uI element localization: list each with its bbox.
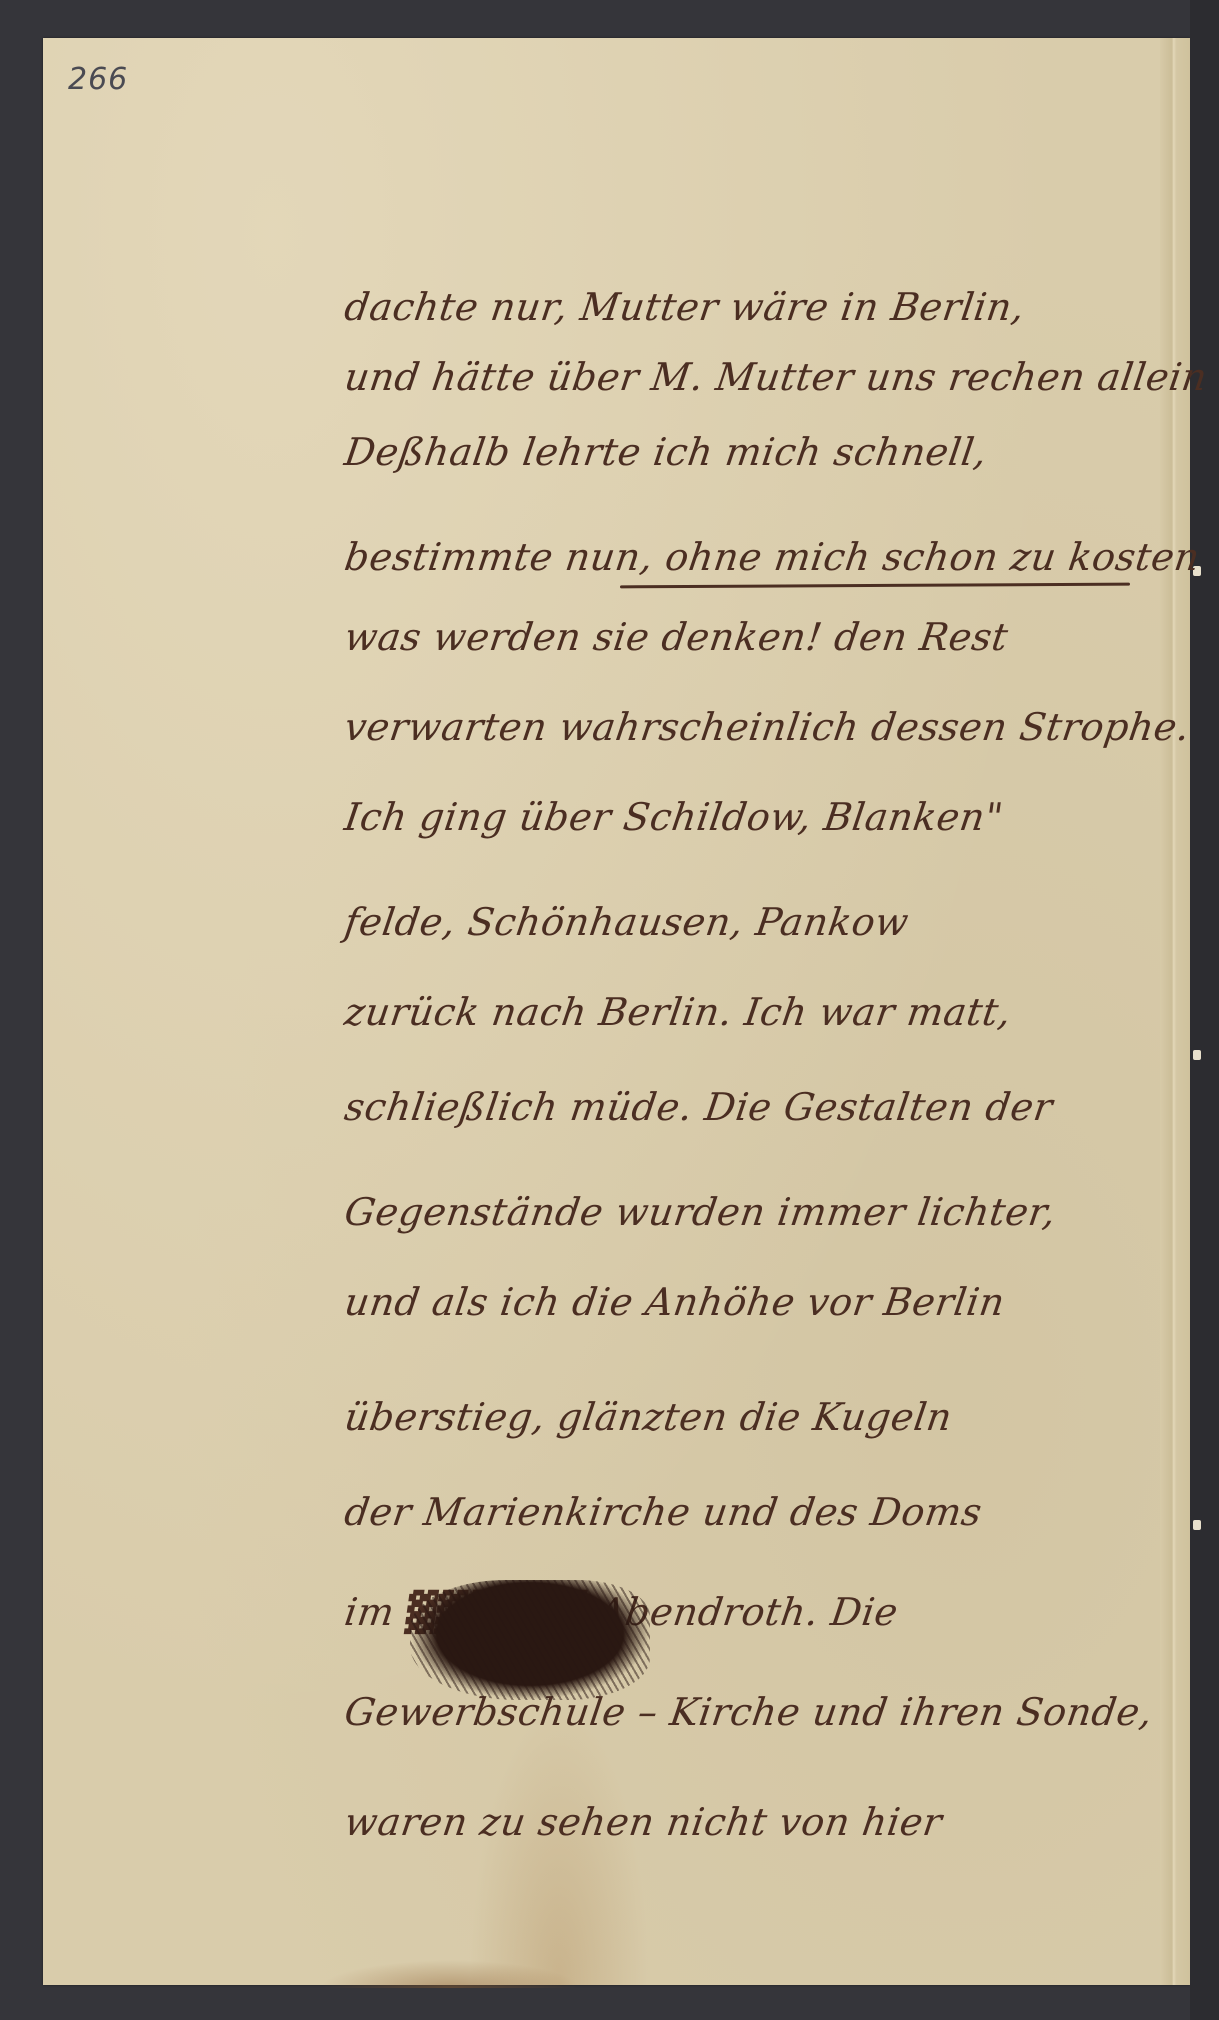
text-line: der Marienkirche und des Doms — [342, 1490, 985, 1534]
paper-stain — [320, 1960, 580, 1988]
page-number: 266 — [68, 62, 128, 97]
text-line: zurück nach Berlin. Ich war matt, — [342, 990, 1014, 1034]
text-line: Ich ging über Schildow, Blanken" — [342, 795, 1006, 839]
crossed-out-word — [410, 1580, 650, 1700]
page-fold-edge — [1160, 38, 1190, 1985]
text-line: was werden sie denken! den Rest — [342, 615, 1011, 659]
text-line: verwarten wahrscheinlich dessen Strophe. — [342, 705, 1193, 749]
binding-notch-icon — [1193, 1520, 1201, 1530]
text-line: überstieg, glänzten die Kugeln — [342, 1395, 955, 1439]
text-line: und hätte über M. Mutter uns rechen alle… — [342, 355, 1210, 399]
text-line: dachte nur, Mutter wäre in Berlin, — [342, 285, 1028, 329]
text-line: Gegenstände wurden immer lichter, — [342, 1190, 1059, 1234]
text-line: felde, Schönhausen, Pankow — [342, 900, 912, 944]
binding-margin — [1190, 0, 1219, 2020]
binding-notch-icon — [1193, 1050, 1201, 1060]
text-line: waren zu sehen nicht von hier — [342, 1800, 945, 1844]
text-line: bestimmte nun, ohne mich schon zu kosten — [342, 535, 1203, 579]
text-line: Gewerbschule – Kirche und ihren Sonde, — [342, 1690, 1156, 1734]
text-line: schließlich müde. Die Gestalten der — [342, 1085, 1056, 1129]
text-line: Deßhalb lehrte ich mich schnell, — [342, 430, 990, 474]
text-line: und als ich die Anhöhe vor Berlin — [342, 1280, 1008, 1324]
